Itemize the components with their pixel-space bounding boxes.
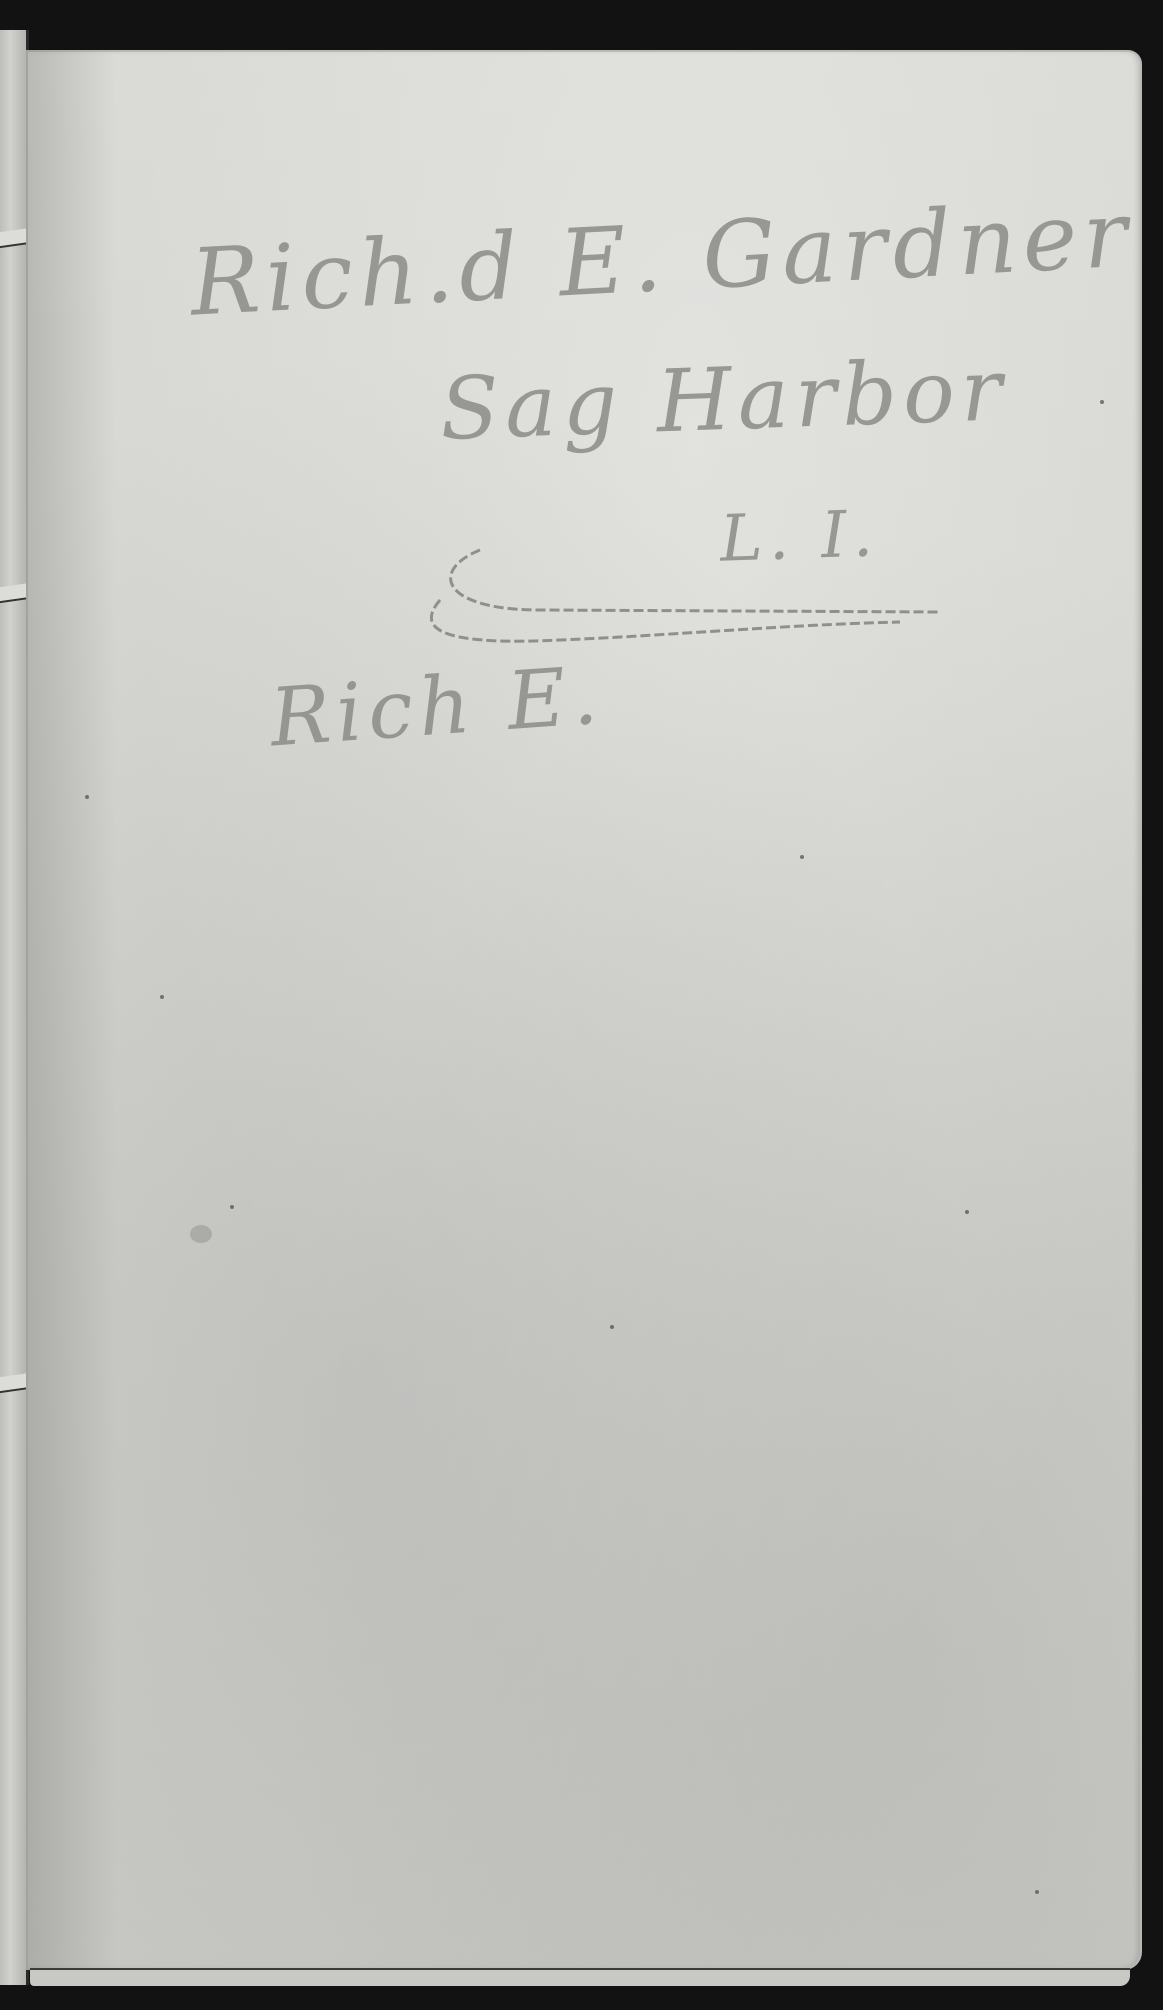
speck [800, 855, 804, 859]
speck [1035, 1890, 1039, 1894]
book-binding-edge [0, 30, 29, 1985]
scanned-page: Rich.d E. Gardner Sag Harbor L. I. Rich … [0, 0, 1163, 2010]
speck [160, 995, 164, 999]
speck [965, 1210, 969, 1214]
paper-page [26, 50, 1142, 1970]
page-bottom-edge [30, 1968, 1130, 1986]
speck [1100, 400, 1104, 404]
inscription-place: Sag Harbor [438, 340, 1009, 460]
ink-spot [190, 1225, 212, 1243]
signature-flourish [420, 540, 980, 650]
speck [610, 1325, 614, 1329]
speck [85, 795, 89, 799]
speck [230, 1205, 234, 1209]
